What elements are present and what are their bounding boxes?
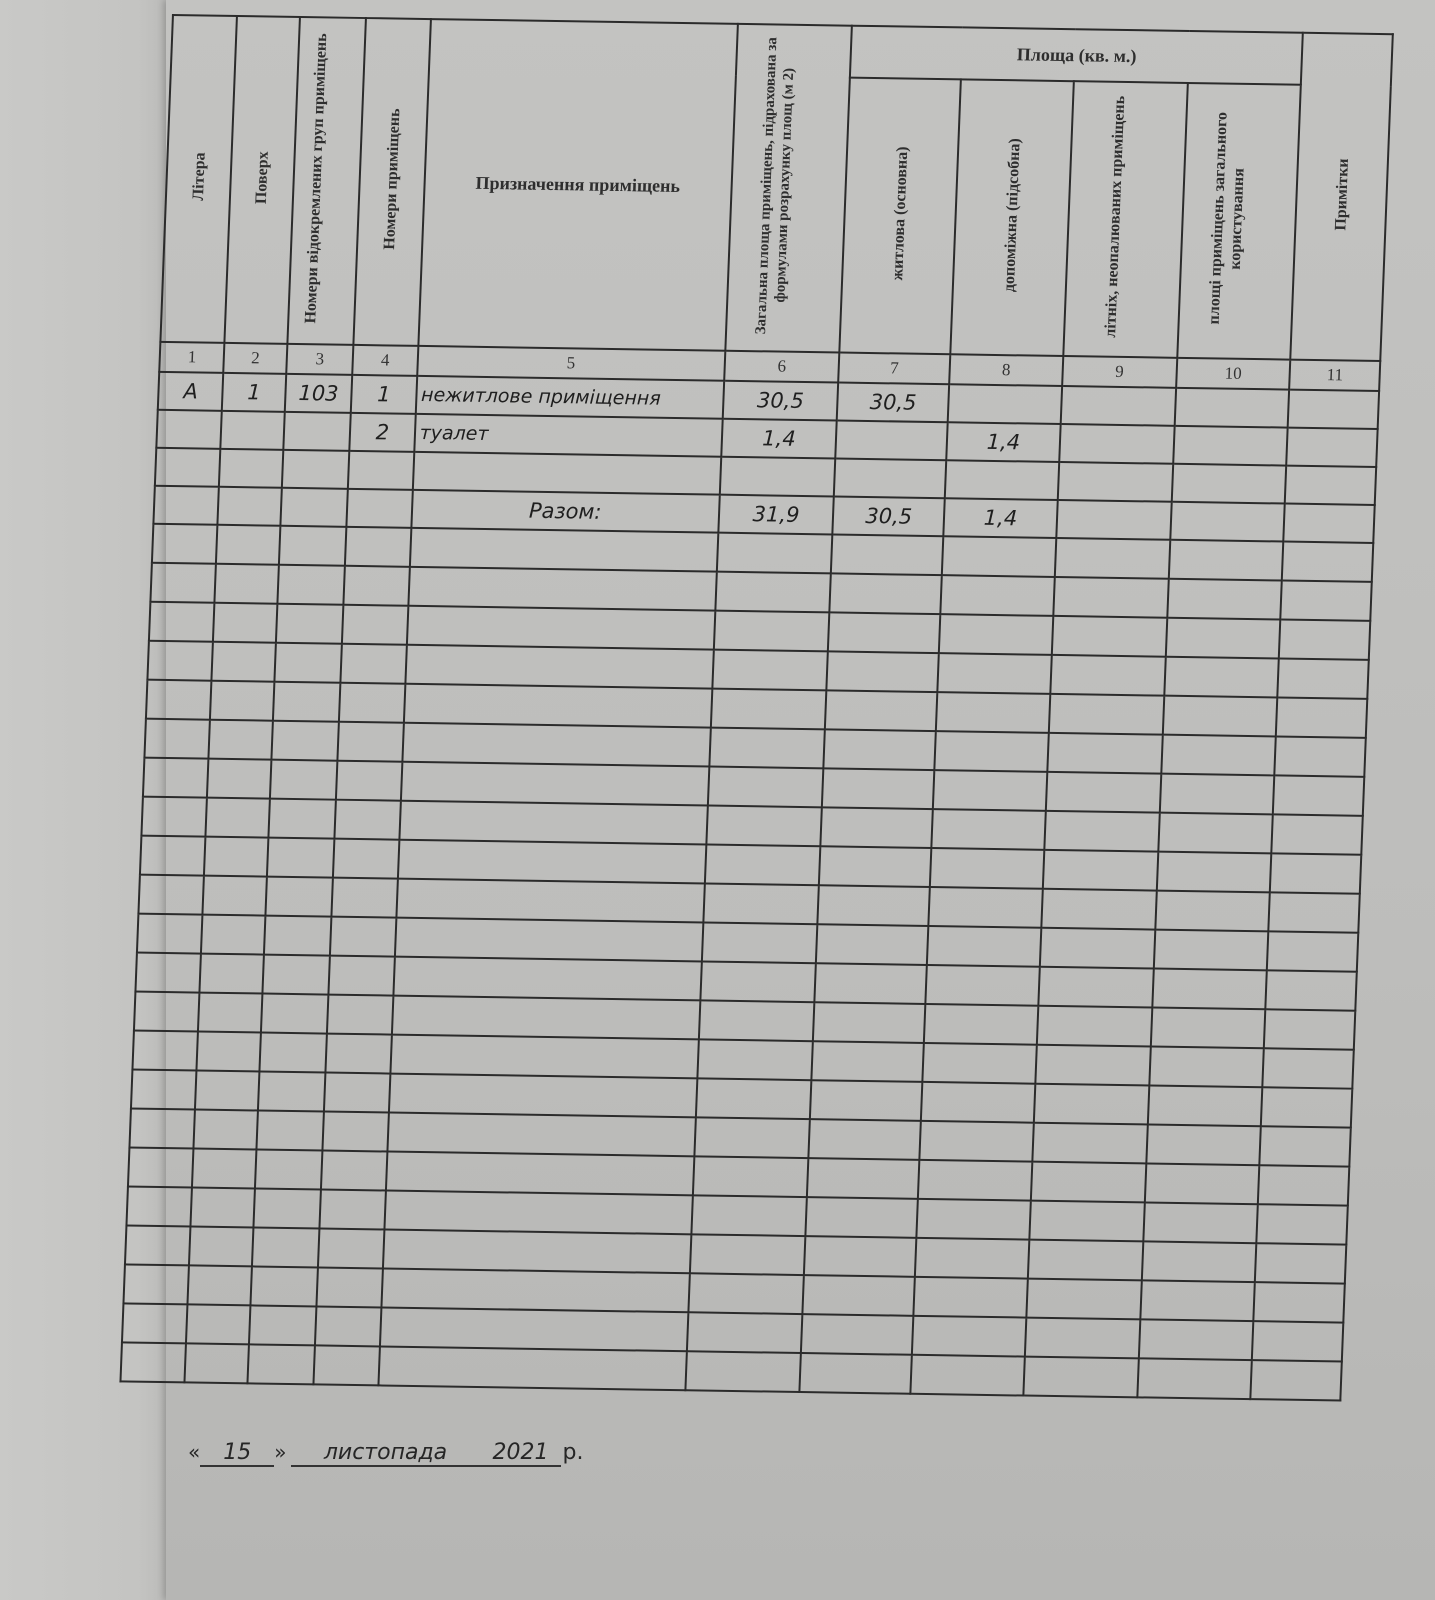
cell-purpose: нежитлове приміщення xyxy=(415,376,723,419)
date-open-quote: « xyxy=(188,1440,200,1464)
cell-common xyxy=(1173,426,1288,466)
cell-total: 30,5 xyxy=(722,381,838,421)
cell-common xyxy=(1174,388,1289,428)
cell-poverkh xyxy=(221,411,285,450)
totals-label: Разом: xyxy=(411,490,719,533)
cell-notes xyxy=(1287,428,1378,467)
cell-group xyxy=(283,412,351,451)
header-common: площі приміщень загального користування xyxy=(1177,83,1301,360)
room-explication-table-wrap: Літера Поверх Номери відокремлених груп … xyxy=(119,14,1393,1402)
header-area-group: Площа (кв. м.) xyxy=(850,26,1303,85)
cell-auxiliary: 1,4 xyxy=(946,422,1060,462)
cell-room: 1 xyxy=(351,375,417,414)
col-num: 8 xyxy=(949,354,1063,386)
col-num: 1 xyxy=(159,342,225,373)
col-num: 5 xyxy=(417,346,725,381)
col-num: 6 xyxy=(724,351,840,383)
totals-living: 30,5 xyxy=(833,496,945,536)
col-num: 11 xyxy=(1289,360,1380,391)
cell-room: 2 xyxy=(350,413,416,452)
room-explication-table: Літера Поверх Номери відокремлених груп … xyxy=(119,14,1393,1402)
cell-summer xyxy=(1061,386,1176,426)
empty-rows xyxy=(120,524,1373,1401)
col-num: 7 xyxy=(839,353,951,385)
header-living: житлова (основна) xyxy=(840,78,961,355)
cell-auxiliary xyxy=(948,384,1062,424)
header-summer: літніх, неопалюваних приміщень xyxy=(1063,81,1187,358)
col-num: 4 xyxy=(352,345,418,376)
date-close-quote: » xyxy=(274,1440,286,1464)
header-total-area: Загальна площа приміщень, підрахована за… xyxy=(725,24,852,353)
col-num: 3 xyxy=(286,344,354,375)
cell-notes xyxy=(1288,390,1379,429)
date-month: листопада xyxy=(291,1440,481,1467)
cell-total: 1,4 xyxy=(721,419,837,459)
header-group-numbers: Номери відокремлених груп приміщень xyxy=(287,17,366,345)
cell-litera xyxy=(156,410,222,449)
cell-summer xyxy=(1059,424,1174,464)
cell-litera: А xyxy=(158,372,224,411)
header-notes: Примітки xyxy=(1291,33,1393,361)
cell-poverkh: 1 xyxy=(222,373,286,412)
cell-living: 30,5 xyxy=(837,383,949,423)
date-day: 15 xyxy=(200,1440,274,1467)
date-suffix: р. xyxy=(563,1440,584,1465)
totals-auxiliary: 1,4 xyxy=(943,498,1057,538)
totals-total-area: 31,9 xyxy=(718,495,834,535)
cell-living xyxy=(836,420,948,460)
cell-group: 103 xyxy=(285,374,353,413)
col-num: 9 xyxy=(1062,356,1177,388)
header-auxiliary: допоміжна (підсобна) xyxy=(950,79,1073,356)
date-year: 2021 xyxy=(481,1440,561,1467)
header-purpose: Призначення приміщень xyxy=(418,19,738,351)
col-num: 2 xyxy=(224,343,288,374)
cell-purpose: туалет xyxy=(414,414,722,457)
col-num: 10 xyxy=(1176,358,1291,390)
document-date: «15»листопада2021р. xyxy=(188,1440,583,1467)
